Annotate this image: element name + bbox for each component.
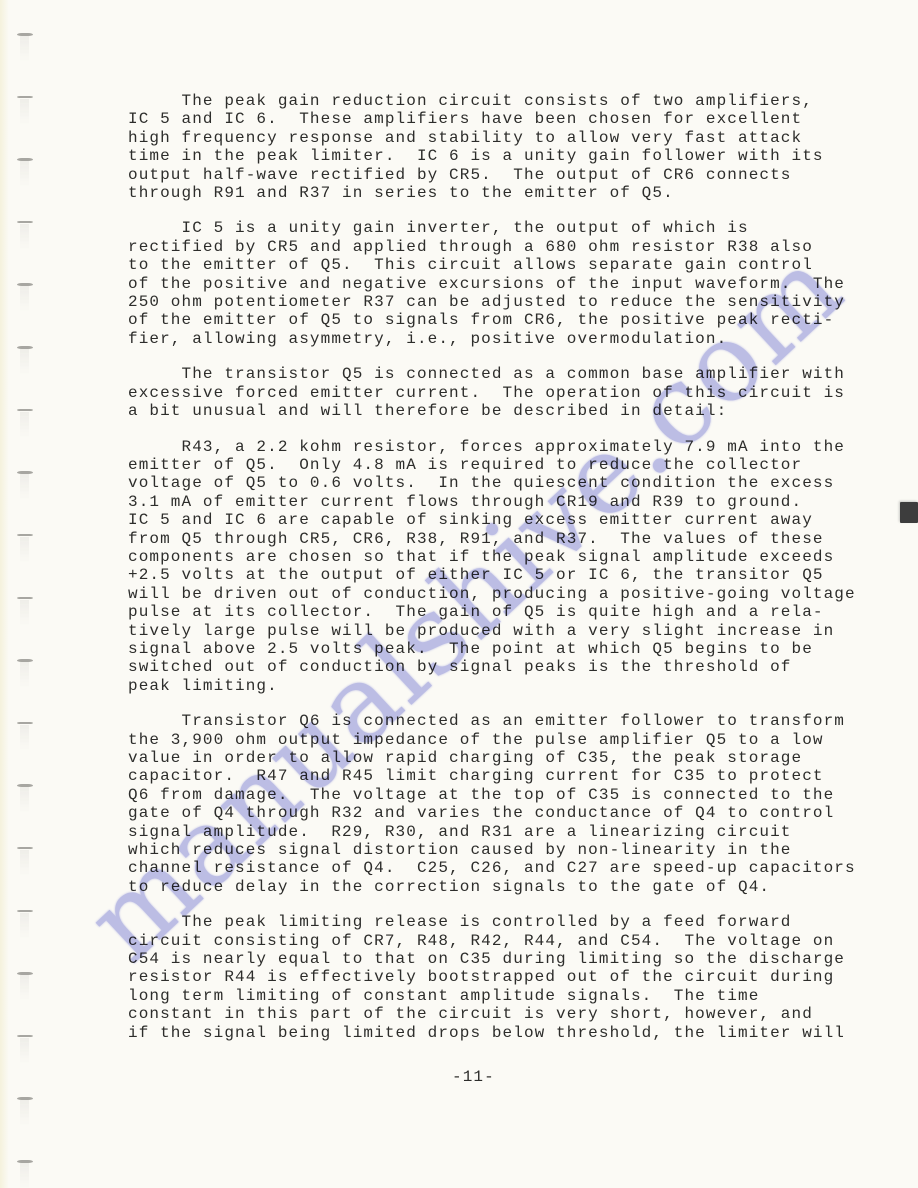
binding-hole-mark	[17, 33, 33, 36]
binding-hole-mark	[17, 722, 33, 725]
binding-hole-mark	[17, 597, 33, 600]
binding-hole-mark	[17, 534, 33, 537]
binding-hole-mark	[17, 409, 33, 412]
binding-hole-mark	[17, 1160, 33, 1163]
page-number: -11-	[452, 1068, 495, 1086]
binding-hole-mark	[17, 659, 33, 662]
paragraph-ic5-inverter: IC 5 is a unity gain inverter, the outpu…	[128, 219, 870, 348]
binding-hole-mark	[17, 910, 33, 913]
binding-hole-mark	[17, 158, 33, 161]
binding-hole-mark	[17, 784, 33, 787]
binding-hole-mark	[17, 1097, 33, 1100]
right-edge-registration-mark	[900, 502, 918, 523]
binding-hole-mark	[17, 283, 33, 286]
binding-hole-mark	[17, 221, 33, 224]
binding-hole-mark	[17, 471, 33, 474]
binding-hole-mark	[17, 1035, 33, 1038]
binding-hole-mark	[17, 847, 33, 850]
binding-hole-mark	[17, 972, 33, 975]
paragraph-r43-resistor: R43, a 2.2 kohm resistor, forces approxi…	[128, 438, 870, 696]
page-body-text: The peak gain reduction circuit consists…	[128, 92, 870, 1059]
binding-hole-mark	[17, 96, 33, 99]
scanner-edge-tint	[0, 0, 9, 1188]
binding-hole-mark	[17, 346, 33, 349]
paragraph-transistor-q5: The transistor Q5 is connected as a comm…	[128, 365, 870, 420]
paragraph-peak-limiting-release: The peak limiting release is controlled …	[128, 913, 870, 1042]
paragraph-transistor-q6: Transistor Q6 is connected as an emitter…	[128, 712, 870, 896]
paragraph-peak-gain-reduction: The peak gain reduction circuit consists…	[128, 92, 870, 202]
